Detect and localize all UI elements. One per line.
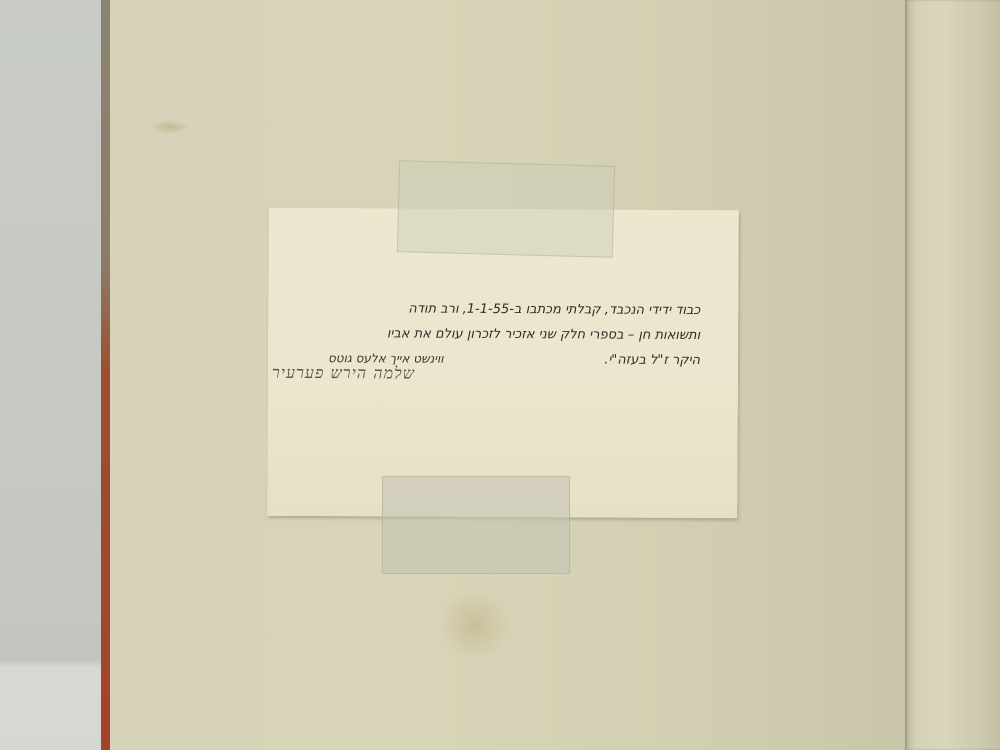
text-line-1: כבוד ידידי הנכבד, קבלתי מכתבו ב-1-1-55, …: [280, 296, 700, 323]
page-stain: [440, 590, 510, 660]
book-spine-fold: [905, 0, 1000, 750]
tape-strip-top: [397, 160, 615, 258]
signature: שלמה הירש פערעיר: [272, 363, 415, 384]
page-smudge: [150, 120, 190, 134]
background-surface: [0, 0, 104, 750]
text-line-2: ותשואות חן – בספרי חלק שני אזכיר לזכרון …: [280, 321, 700, 348]
tape-strip-bottom: [382, 476, 570, 574]
